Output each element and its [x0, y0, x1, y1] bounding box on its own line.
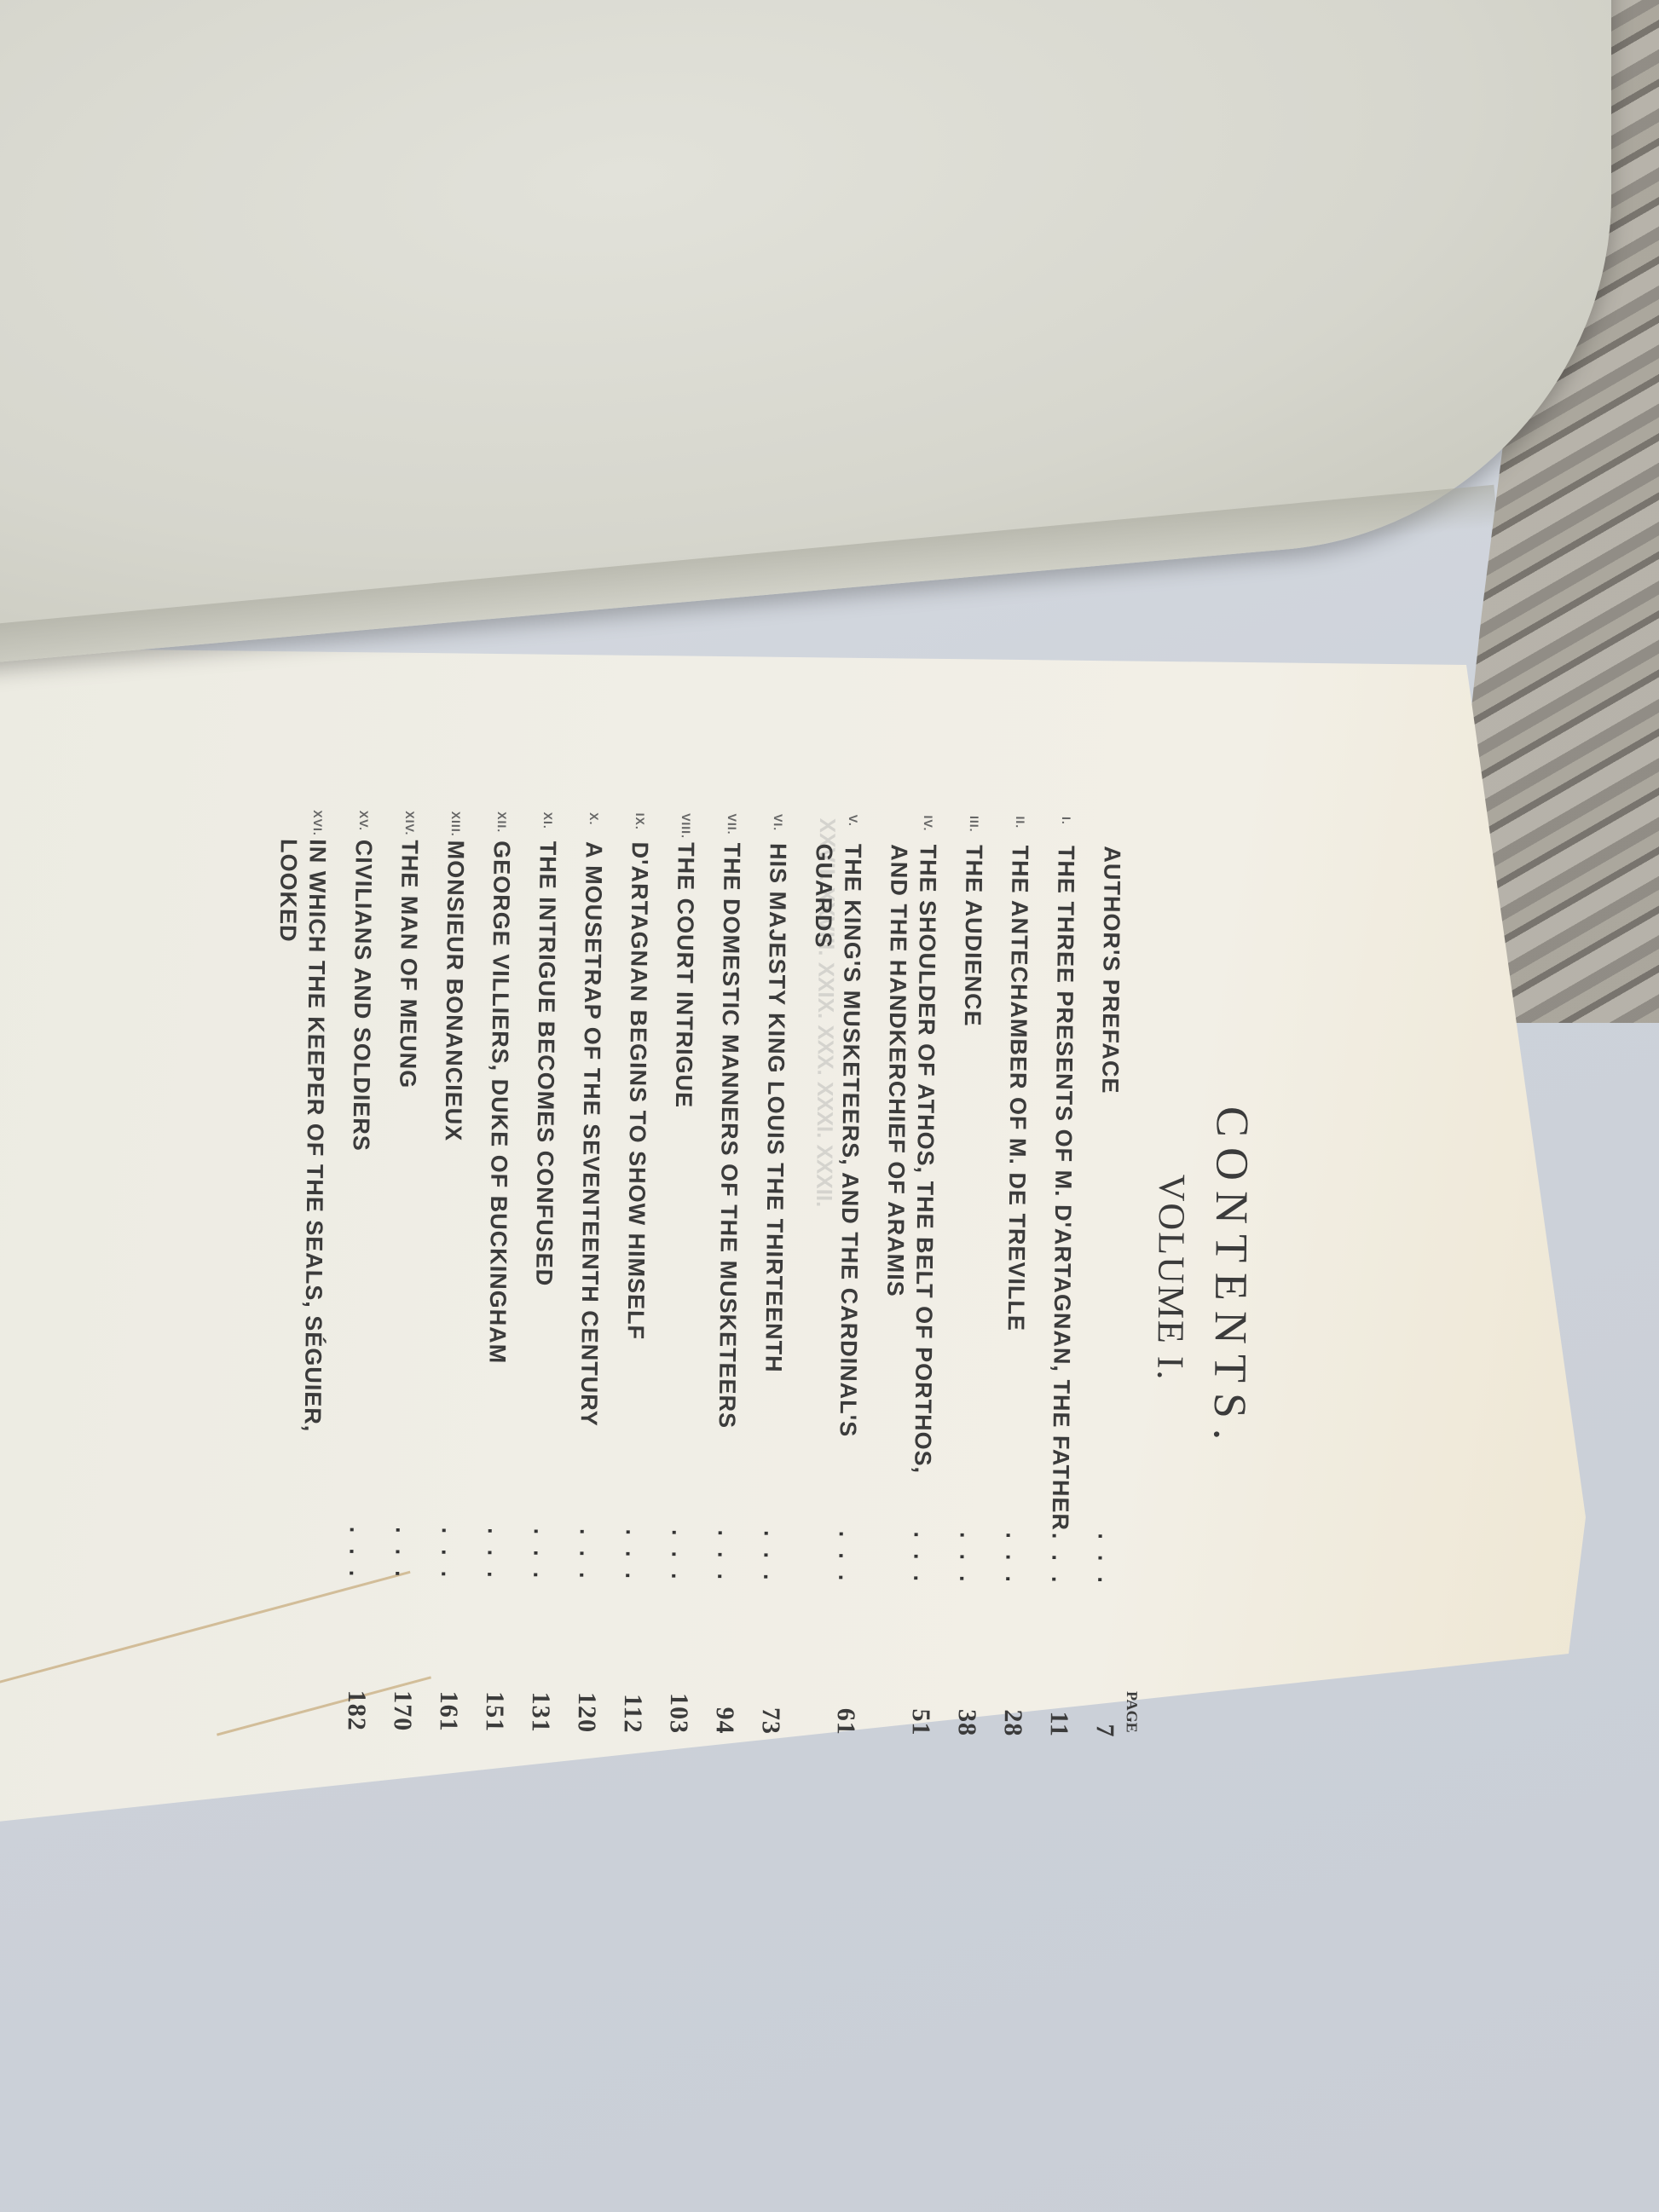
entry-page: 94 [710, 1674, 740, 1734]
leader-dots: ... [1044, 1533, 1074, 1678]
entry-page: 182 [342, 1672, 372, 1731]
leader-dots: ... [480, 1528, 510, 1672]
entry-title: GEORGE VILLIERS, DUKE OF BUCKINGHAM [482, 840, 517, 1528]
entry-page: 103 [664, 1674, 694, 1734]
entry-page: 161 [434, 1672, 464, 1732]
toc-entry: AUTHOR'S PREFACE...7 [1090, 817, 1127, 1737]
entry-title: THE THREE PRESENTS OF M. D'ARTAGNAN, THE… [1046, 846, 1081, 1533]
leader-dots: ... [1090, 1533, 1120, 1678]
entry-title: THE AUDIENCE [954, 845, 989, 1532]
entry-page: 7 [1090, 1678, 1120, 1737]
entry-page: 61 [831, 1676, 861, 1736]
entry-page: 51 [906, 1676, 936, 1736]
entry-page: 73 [756, 1675, 786, 1735]
leader-dots: ... [526, 1528, 556, 1673]
entry-title: THE SHOULDER OF ATHOS, THE BELT OF PORTH… [879, 844, 943, 1532]
toc-entry: VI.HIS MAJESTY KING LOUIS THE THIRTEENTH… [756, 814, 793, 1735]
toc-entry: VIII.THE COURT INTRIGUE...103 [664, 813, 701, 1734]
toc-entry: XVI.IN WHICH THE KEEPER OF THE SEALS, SÉ… [267, 810, 332, 1731]
entry-title: THE ANTECHAMBER OF M. DE TREVILLE [1000, 845, 1035, 1532]
entry-page [325, 1671, 326, 1730]
page-title: CONTENTS. [1201, 817, 1262, 1738]
toc-entry: XI.THE INTRIGUE BECOMES CONFUSED...131 [526, 812, 563, 1733]
toc-entry: I.THE THREE PRESENTS OF M. D'ARTAGNAN, T… [1044, 817, 1081, 1737]
toc-entry: X.A MOUSETRAP OF THE SEVENTEENTH CENTURY… [572, 812, 609, 1733]
leader-dots: ... [572, 1528, 602, 1673]
leader-dots: ... [756, 1530, 786, 1675]
entry-page: 112 [618, 1673, 648, 1733]
leader-dots: ... [710, 1529, 740, 1674]
toc-entry: IX.D'ARTAGNAN BEGINS TO SHOW HIMSELF...1… [618, 812, 655, 1733]
entry-page: 11 [1044, 1678, 1074, 1737]
toc-entry: XIV.THE MAN OF MEUNG...170 [388, 811, 425, 1731]
toc-entry: V.THE KING'S MUSKETEERS, AND THE CARDINA… [802, 814, 868, 1736]
leader-dots [325, 1526, 326, 1671]
photo-scene: XXVII. XXVIII. XXIX. XXX. XXXI. XXXII. C… [0, 0, 1659, 2212]
toc-entry: III.THE AUDIENCE...38 [952, 816, 989, 1736]
leader-dots: ... [952, 1532, 982, 1677]
volume-heading: VOLUME I. [1146, 817, 1197, 1738]
entry-title: THE DOMESTIC MANNERS OF THE MUSKETEERS [712, 842, 747, 1529]
leader-dots: ... [906, 1531, 936, 1676]
entry-page: 170 [388, 1672, 418, 1731]
entry-title: HIS MAJESTY KING LOUIS THE THIRTEENTH [758, 843, 793, 1530]
entry-title: AUTHOR'S PREFACE [1092, 846, 1127, 1533]
leader-dots: ... [664, 1529, 694, 1674]
entry-page: 151 [480, 1672, 510, 1732]
toc-entry: IV.THE SHOULDER OF ATHOS, THE BELT OF PO… [877, 815, 943, 1736]
entry-title: THE MAN OF MEUNG [390, 840, 425, 1527]
leader-dots: ... [342, 1527, 372, 1672]
leader-dots: ... [618, 1528, 648, 1673]
toc-entry: XII.GEORGE VILLIERS, DUKE OF BUCKINGHAM.… [480, 811, 517, 1732]
leader-dots: ... [388, 1527, 418, 1672]
leader-dots: ... [434, 1528, 464, 1672]
entry-title: D'ARTAGNAN BEGINS TO SHOW HIMSELF [620, 841, 655, 1528]
entry-title: IN WHICH THE KEEPER OF THE SEALS, SÉGUIE… [269, 839, 332, 1527]
entry-title: CIVILIANS AND SOLDIERS [344, 840, 379, 1527]
toc-entry: XIII.MONSIEUR BONANCIEUX...161 [434, 811, 471, 1732]
entry-title: A MOUSETRAP OF THE SEVENTEENTH CENTURY [574, 841, 609, 1528]
entry-page: 131 [526, 1673, 556, 1733]
contents-text: CONTENTS. VOLUME I. PAGE AUTHOR'S PREFAC… [250, 810, 1262, 1739]
entry-title: THE KING'S MUSKETEERS, AND THE CARDINAL'… [804, 843, 868, 1531]
entry-page: 28 [998, 1677, 1028, 1736]
entry-page: 120 [572, 1673, 602, 1733]
entry-title: MONSIEUR BONANCIEUX [436, 840, 471, 1528]
page-column-label: PAGE [1123, 817, 1148, 1738]
entry-page: 38 [952, 1677, 982, 1736]
entry-title: THE INTRIGUE BECOMES CONFUSED [528, 841, 563, 1528]
entry-title: THE COURT INTRIGUE [666, 842, 701, 1529]
leader-dots: ... [831, 1531, 861, 1676]
toc-entry: VII.THE DOMESTIC MANNERS OF THE MUSKETEE… [710, 813, 747, 1734]
toc-entry: XV.CIVILIANS AND SOLDIERS...182 [342, 811, 379, 1731]
leader-dots: ... [998, 1532, 1028, 1677]
toc-entry: II.THE ANTECHAMBER OF M. DE TREVILLE...2… [998, 816, 1035, 1736]
